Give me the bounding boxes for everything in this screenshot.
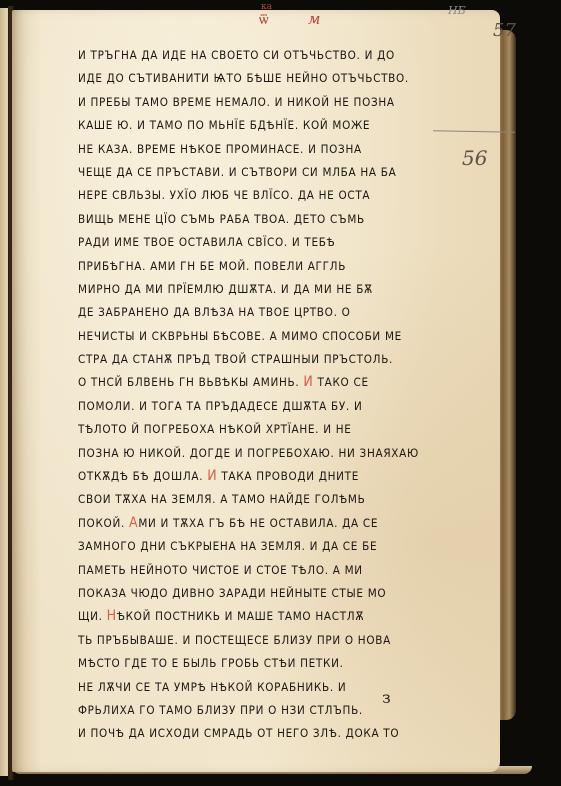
text-line: не лѫчи се та умрѣ нѣкой корабникь. и — [78, 676, 448, 699]
text-line: вищь мене цїо съмь раба твоа. дето съмь — [78, 208, 448, 231]
text-line: стра да станѫ пръд твой страшныи пръстол… — [78, 348, 448, 371]
text-line: помоли. и тога та пръдадесе дшѫта бу. и — [78, 395, 448, 418]
text-line: ть пръбываше. и постещесе близу при о но… — [78, 629, 448, 652]
text-line: паметь нейното чистое и стое тѣло. а ми — [78, 559, 448, 582]
text-line: де забранено да влѣза на твое цртво. о — [78, 301, 448, 324]
text-line: мѣсто где то е быль гробь стѣи петки. — [78, 652, 448, 675]
red-header-letter-left: ѿ — [259, 10, 269, 29]
text-line: фрьлиха го тамо близу при о нзи стлъпь. — [78, 699, 448, 722]
pencil-library-mark: НБ — [448, 4, 466, 17]
text-line: и тръгна да иде на своето си отъчьство. … — [78, 44, 448, 67]
folio-number-margin: 56 — [462, 146, 487, 170]
folio-number-top: 57 — [493, 20, 516, 41]
text-line: прибѣгна. ами гн бе мой. повели аггль — [78, 255, 448, 278]
text-line: нере свльзы. ухїо люб че влїсо. да не ос… — [78, 184, 448, 207]
red-initial: н — [107, 608, 117, 624]
red-initial: и — [207, 468, 217, 484]
text-line: иде до сътиванити ѩто бѣше нейно отъчьст… — [78, 67, 448, 90]
text-line: откѫдѣ бѣ дошла. и така проводи дните — [78, 465, 448, 488]
text-line: щи. нѣкой постникь и маше тамо настлѫ — [78, 605, 448, 628]
text-line: нечисты и скврьны бѣсове. а мимо способи… — [78, 325, 448, 348]
text-line: и почѣ да исходи смрадь от него злѣ. док… — [78, 722, 448, 745]
manuscript-text-block: и тръгна да иде на своето си отъчьство. … — [78, 44, 448, 746]
text-line: тѣлото й погребоха нѣкой хртїане. и не — [78, 418, 448, 441]
text-line: и пребы тамо време немало. и никой не по… — [78, 91, 448, 114]
text-line: показа чюдо дивно заради нейныте стые мо — [78, 582, 448, 605]
text-line: замного дни съкрыена на земля. и да се б… — [78, 535, 448, 558]
red-initial: и — [303, 374, 313, 390]
text-line: каше ю. и тамо по мьнїе бдѣнїе. кой може — [78, 114, 448, 137]
text-line: мирно да ми прїемлю дшѫта. и да ми не бѫ — [78, 278, 448, 301]
text-line: ради име твое оставила свїсо. и тебѣ — [78, 231, 448, 254]
text-line: позна ю никой. догде и погребохаю. ни зн… — [78, 442, 448, 465]
text-line: о тнсй блвень гн вьвѣкы аминь. и тако се — [78, 371, 448, 394]
text-line: свои тѫха на земля. а тамо найде голѣмь — [78, 488, 448, 511]
quire-signature: з — [382, 688, 391, 707]
text-line: не каза. време нѣкое проминасе. и позна — [78, 138, 448, 161]
text-line: покой. ами и тѫха гъ бѣ не оставила. да … — [78, 512, 448, 535]
text-line: чеще да се пръстави. и сътвори си млба н… — [78, 161, 448, 184]
red-initial: а — [129, 515, 138, 531]
red-header-letter-right: м — [308, 10, 320, 28]
